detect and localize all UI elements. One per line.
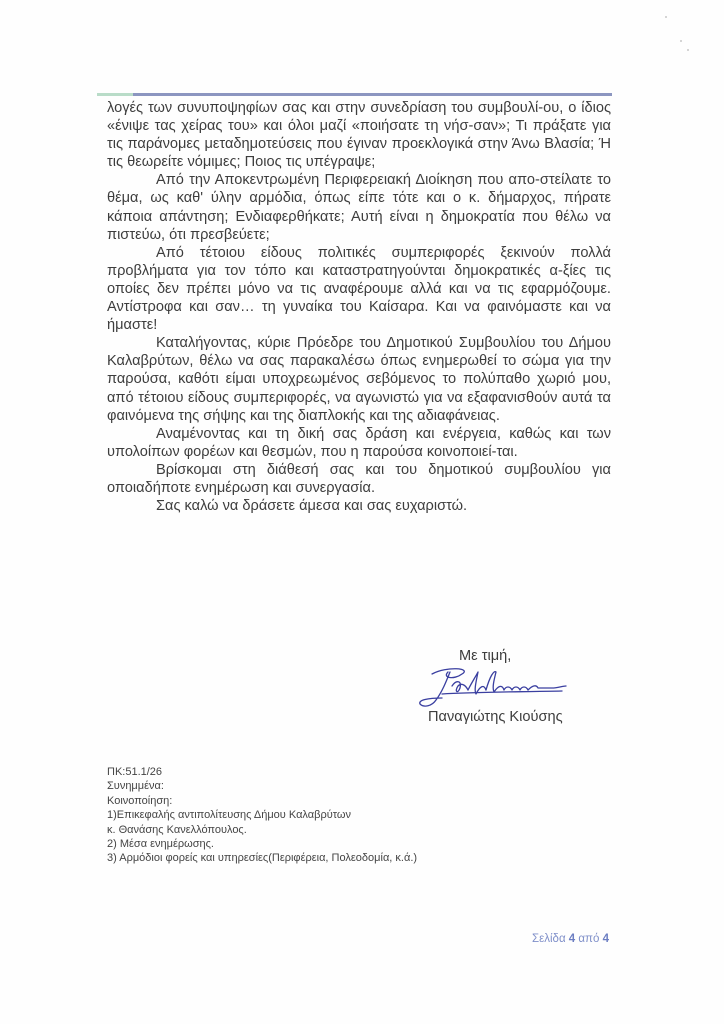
- document-page: λογές των συνυποψηφίων σας και στην συνε…: [0, 0, 724, 1024]
- paragraph: Βρίσκομαι στη διάθεσή σας και του δημοτι…: [107, 461, 611, 497]
- note-line: ΠΚ:51.1/26: [107, 765, 417, 779]
- paragraph: Αναμένοντας και τη δική σας δράση και εν…: [107, 425, 611, 461]
- signatory-name: Παναγιώτης Κιούσης: [428, 709, 563, 725]
- closing-greeting: Με τιμή,: [459, 648, 511, 664]
- header-rule: [97, 93, 612, 96]
- page-label: Σελίδα: [532, 933, 566, 945]
- note-line: 1)Επικεφαλής αντιπολίτευσης Δήμου Καλαβρ…: [107, 808, 417, 822]
- note-line: 3) Αρμόδιοι φορείς και υπηρεσίες(Περιφέρ…: [107, 851, 417, 865]
- scan-speck: [687, 49, 689, 51]
- note-line: Συνημμένα:: [107, 779, 417, 793]
- note-line: Κοινοποίηση:: [107, 794, 417, 808]
- paragraph: Από την Αποκεντρωμένη Περιφερειακή Διοίκ…: [107, 171, 611, 243]
- of-label: από: [578, 933, 599, 945]
- header-rule-accent: [97, 93, 133, 96]
- current-page: 4: [569, 933, 575, 945]
- note-line: 2) Μέσα ενημέρωσης.: [107, 837, 417, 851]
- paragraph: λογές των συνυποψηφίων σας και στην συνε…: [107, 99, 611, 171]
- signature-icon: [402, 664, 572, 710]
- paragraph: Καταλήγοντας, κύριε Πρόεδρε του Δημοτικο…: [107, 334, 611, 424]
- paragraph: Από τέτοιου είδους πολιτικές συμπεριφορέ…: [107, 244, 611, 334]
- total-pages: 4: [603, 933, 609, 945]
- note-line: κ. Θανάσης Κανελλόπουλος.: [107, 823, 417, 837]
- scan-speck: [665, 16, 667, 18]
- header-rule-main: [133, 93, 612, 96]
- paragraph: Σας καλώ να δράσετε άμεσα και σας ευχαρι…: [107, 497, 611, 515]
- page-number: Σελίδα 4 από 4: [532, 933, 609, 945]
- notes-block: ΠΚ:51.1/26Συνημμένα:Κοινοποίηση:1)Επικεφ…: [107, 765, 417, 866]
- letter-body: λογές των συνυποψηφίων σας και στην συνε…: [107, 99, 611, 515]
- scan-speck: [680, 40, 682, 42]
